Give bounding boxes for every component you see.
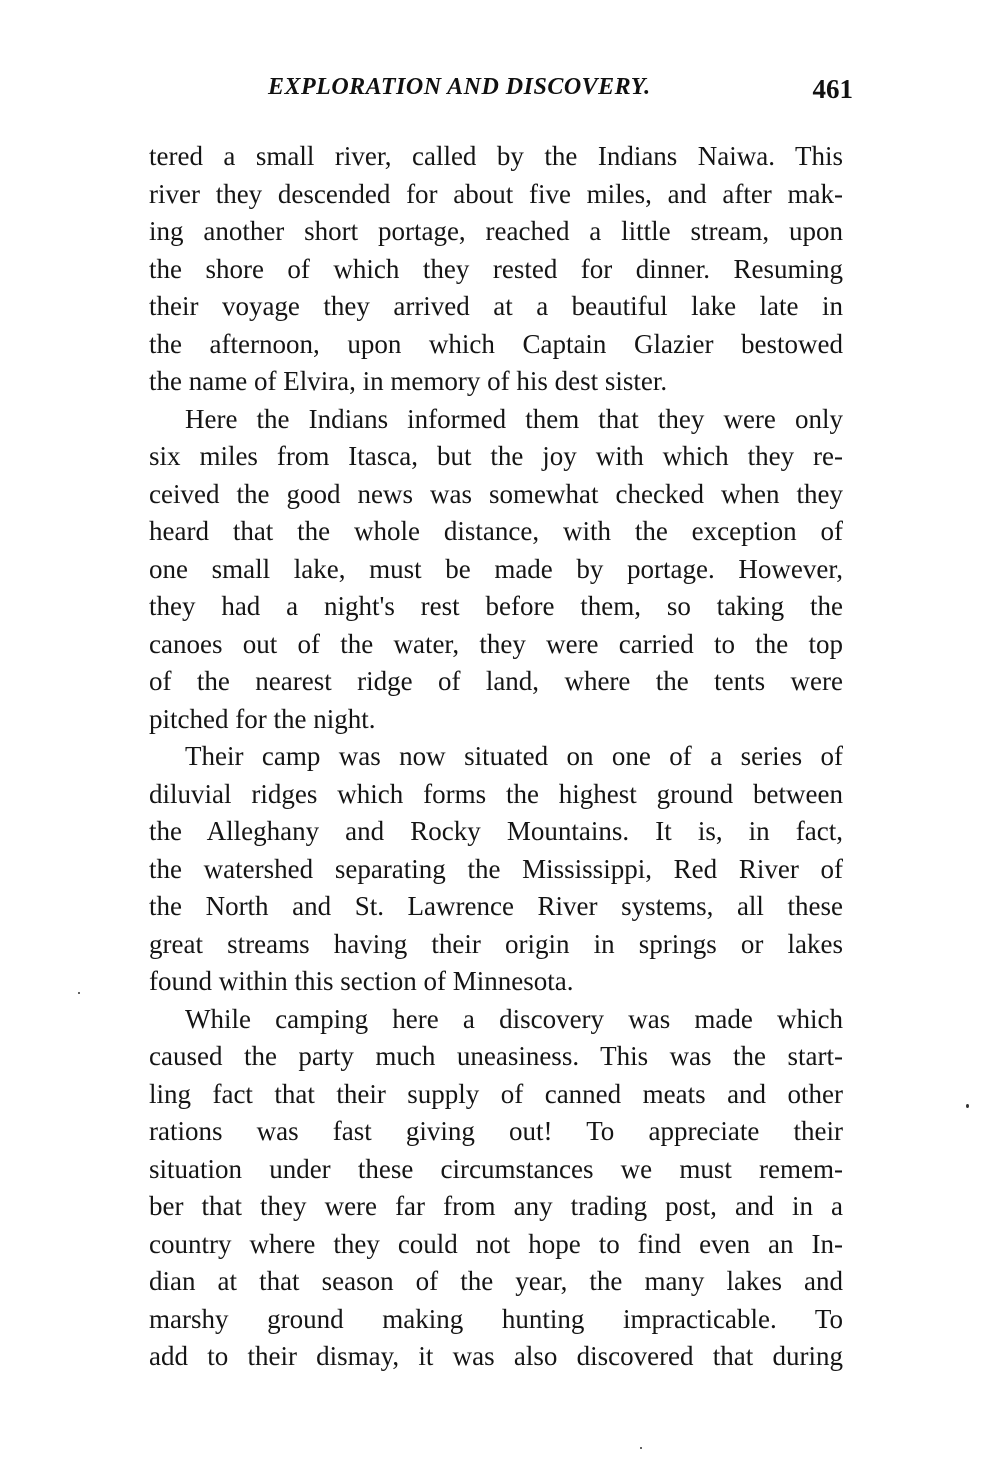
scan-speck: [640, 1447, 642, 1449]
text-line: of the nearest ridge of land, where the …: [149, 663, 843, 701]
text-line: the North and St. Lawrence River systems…: [149, 888, 843, 926]
paragraph: Here the Indians informed them that they…: [149, 401, 843, 739]
text-line: ling fact that their supply of canned me…: [149, 1076, 843, 1114]
text-line: they had a night's rest before them, so …: [149, 588, 843, 626]
text-line: diluvial ridges which forms the highest …: [149, 776, 843, 814]
text-line: Here the Indians informed them that they…: [149, 401, 843, 439]
paragraph: Their camp was now situated on one of a …: [149, 738, 843, 1001]
text-line: the name of Elvira, in memory of his des…: [149, 363, 843, 401]
text-line: canoes out of the water, they were carri…: [149, 626, 843, 664]
scan-speck: [78, 992, 80, 994]
text-line: the watershed separating the Mississippi…: [149, 851, 843, 889]
paragraph: While camping here a discovery was made …: [149, 1001, 843, 1376]
text-line: great streams having their origin in spr…: [149, 926, 843, 964]
text-line: ing another short portage, reached a lit…: [149, 213, 843, 251]
text-line: pitched for the night.: [149, 701, 843, 739]
page-number: 461: [813, 74, 854, 105]
paragraph: tered a small river, called by the India…: [149, 138, 843, 401]
text-line: their voyage they arrived at a beautiful…: [149, 288, 843, 326]
text-line: the shore of which they rested for dinne…: [149, 251, 843, 289]
scan-speck: [966, 1104, 969, 1108]
text-line: dian at that season of the year, the man…: [149, 1263, 843, 1301]
book-page: EXPLORATION AND DISCOVERY. 461 tered a s…: [0, 0, 1000, 1458]
text-line: ceived the good news was somewhat checke…: [149, 476, 843, 514]
running-head: EXPLORATION AND DISCOVERY.: [268, 74, 651, 101]
text-line: found within this section of Minnesota.: [149, 963, 843, 1001]
text-line: country where they could not hope to fin…: [149, 1226, 843, 1264]
page-header: EXPLORATION AND DISCOVERY. 461: [268, 74, 853, 114]
text-line: ber that they were far from any trading …: [149, 1188, 843, 1226]
text-line: six miles from Itasca, but the joy with …: [149, 438, 843, 476]
text-line: river they descended for about five mile…: [149, 176, 843, 214]
text-line: add to their dismay, it was also discove…: [149, 1338, 843, 1376]
text-line: situation under these circumstances we m…: [149, 1151, 843, 1189]
text-line: While camping here a discovery was made …: [149, 1001, 843, 1039]
text-line: rations was fast giving out! To apprecia…: [149, 1113, 843, 1151]
text-line: the afternoon, upon which Captain Glazie…: [149, 326, 843, 364]
text-line: tered a small river, called by the India…: [149, 138, 843, 176]
text-line: one small lake, must be made by portage.…: [149, 551, 843, 589]
text-line: caused the party much uneasiness. This w…: [149, 1038, 843, 1076]
text-line: the Alleghany and Rocky Mountains. It is…: [149, 813, 843, 851]
body-text: tered a small river, called by the India…: [149, 138, 843, 1376]
text-line: heard that the whole distance, with the …: [149, 513, 843, 551]
text-line: marshy ground making hunting impracticab…: [149, 1301, 843, 1339]
text-line: Their camp was now situated on one of a …: [149, 738, 843, 776]
